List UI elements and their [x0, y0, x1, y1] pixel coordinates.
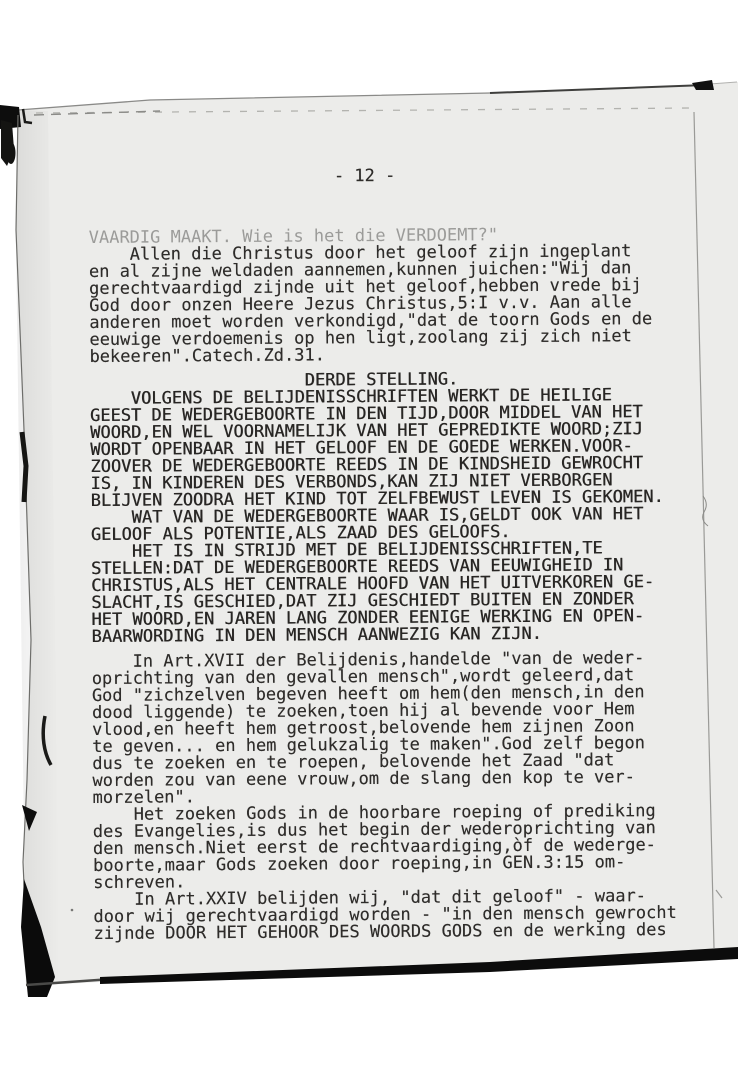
stelling-body: VOLGENS DE BELIJDENISSCHRIFTEN WERKT DE … — [90, 387, 717, 646]
text-line: bekeeren".Catech.Zd.31. — [89, 345, 714, 366]
document-text: - 12 - VAARDIG MAAKT. Wie is het die VER… — [88, 132, 719, 977]
text-line: BAARWORDING IN DEN MENSCH AANWEZIG KAN Z… — [91, 625, 716, 646]
text-line: boorte,maar Gods zoeken door roeping,in … — [93, 854, 718, 875]
scanned-document-page: - 12 - VAARDIG MAAKT. Wie is het die VER… — [0, 0, 738, 1068]
paper-speck — [71, 909, 74, 912]
left-edge-blob — [7, 142, 16, 164]
top-right-corner-mark — [692, 80, 714, 90]
page-number: - 12 - — [88, 166, 713, 187]
text-blocks: VAARDIG MAAKT. Wie is het die VERDOEMT?"… — [89, 226, 719, 943]
argument-paragraphs: In Art.XVII der Belijdenis,handelde "van… — [92, 650, 719, 943]
intro-paragraph: VAARDIG MAAKT. Wie is het die VERDOEMT?"… — [89, 226, 715, 366]
text-line: zijnde DOOR HET GEHOOR DES WOORDS GODS e… — [94, 922, 719, 943]
